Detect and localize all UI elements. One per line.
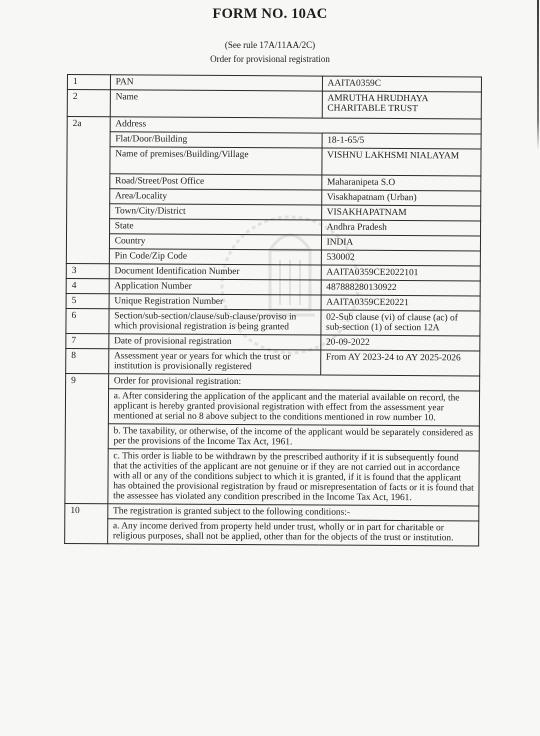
field-label: Application Number [109, 279, 321, 295]
name-value: AMRUTHA HRUDHAYA CHARITABLE TRUST [322, 91, 482, 119]
form-title: FORM NO. 10AC [0, 6, 540, 23]
table-row-section: 6 Section/sub-section/clause/sub-clause/… [66, 308, 480, 336]
table-row-order-clause: c. This order is liable to be withdrawn … [65, 448, 479, 506]
table-row-assessment-year: 8 Assessment year or years for which the… [66, 348, 480, 376]
row-number: 3 [66, 263, 109, 278]
order-clause-c: c. This order is liable to be withdrawn … [108, 449, 480, 506]
section-value: 02-Sub clause (vi) of clause (ac) of sub… [321, 310, 481, 336]
field-label: Pin Code/Zip Code [109, 249, 321, 265]
registration-table: 1 PAN AAITA0359C 2 Name AMRUTHA HRUDHAYA… [64, 74, 482, 547]
table-row-address-field: Name of premises/Building/Village VISHNU… [67, 147, 481, 177]
field-label: Name [110, 90, 322, 118]
registration-date-value: 20-09-2022 [320, 335, 479, 351]
condition-clause-a: a. Any income derived from property held… [107, 519, 478, 546]
field-label: State [109, 219, 321, 235]
field-label: Date of provisional registration [109, 334, 321, 350]
table-row-condition-clause: a. Any income derived from property held… [65, 518, 479, 546]
row-number: 10 [65, 503, 108, 543]
field-label: Area/Locality [109, 189, 321, 205]
field-label: Country [109, 234, 321, 250]
urn-value: AAITA0359CE20221 [321, 295, 480, 311]
premises-value: VISHNU LAKHSMI NIALAYAM [321, 148, 481, 176]
field-label: Section/sub-section/clause/sub-clause/pr… [109, 309, 321, 335]
form-rule-reference: (See rule 17A/11AA/2C) [0, 40, 540, 50]
row-number: 5 [66, 293, 109, 308]
field-label: Unique Registration Number [109, 294, 321, 310]
order-clause-b: b. The taxability, or otherwise, of the … [108, 424, 479, 451]
row-number: 9 [65, 373, 109, 503]
road-street-value: Maharanipeta S.O [321, 175, 480, 191]
field-label: Document Identification Number [109, 264, 321, 280]
row-number: 7 [66, 333, 109, 348]
field-label: Name of premises/Building/Village [110, 147, 322, 175]
country-value: INDIA [321, 235, 480, 251]
field-label: Flat/Door/Building [110, 132, 322, 148]
row-number: 1 [67, 75, 110, 90]
field-label: Road/Street/Post Office [110, 174, 322, 190]
field-label: PAN [110, 75, 322, 91]
application-number-value: 487888280130922 [321, 280, 480, 296]
area-locality-value: Visakhapatnam (Urban) [321, 190, 480, 206]
pan-value: AAITA0359C [322, 76, 481, 92]
row-number: 8 [66, 348, 109, 373]
table-row-order-clause: a. After considering the application of … [65, 388, 479, 426]
state-value: Andhra Pradesh [321, 220, 480, 236]
field-label: Town/City/District [109, 204, 321, 220]
row-number: 6 [66, 308, 109, 333]
row-number: 2 [67, 90, 110, 117]
pin-code-value: 530002 [321, 250, 480, 266]
row-number: 2a [66, 117, 110, 264]
flat-door-building-value: 18-1-65/5 [322, 133, 481, 149]
table-row-name: 2 Name AMRUTHA HRUDHAYA CHARITABLE TRUST [67, 90, 481, 120]
document-id-value: AAITA0359CE2022101 [321, 265, 480, 281]
table-row-order-clause: b. The taxability, or otherwise, of the … [65, 423, 479, 451]
row-number: 4 [66, 278, 109, 293]
town-city-value: VISAKHAPATNAM [321, 205, 480, 221]
assessment-year-value: From AY 2023-24 to AY 2025-2026 [320, 350, 480, 376]
order-clause-a: a. After considering the application of … [108, 389, 479, 426]
field-label: Assessment year or years for which the t… [108, 349, 320, 375]
form-subtitle: Order for provisional registration [0, 54, 540, 64]
